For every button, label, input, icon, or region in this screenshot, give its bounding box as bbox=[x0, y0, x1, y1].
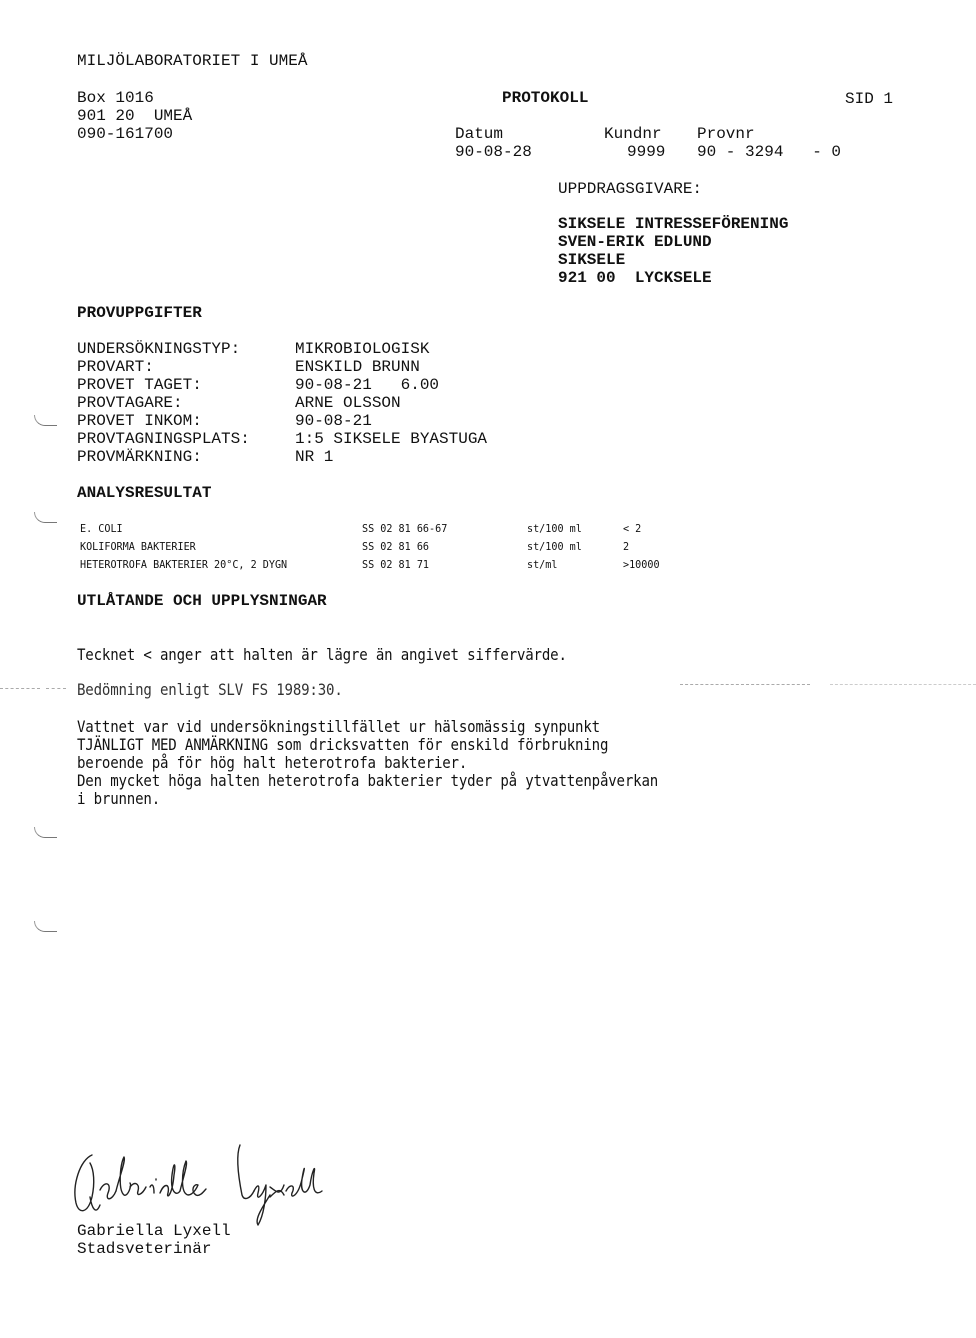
client-line-4: 921 00 LYCKSELE bbox=[558, 269, 712, 287]
table-row: E. COLI SS 02 81 66-67 st/100 ml < 2 bbox=[80, 520, 700, 538]
field-value-provet-inkom: 90-08-21 bbox=[295, 412, 372, 430]
punch-mark bbox=[34, 512, 57, 523]
results-heading: ANALYSRESULTAT bbox=[77, 484, 211, 502]
scan-artifact-line bbox=[830, 684, 976, 685]
datum-label: Datum bbox=[455, 125, 503, 143]
punch-mark bbox=[34, 415, 57, 426]
table-row: KOLIFORMA BAKTERIER SS 02 81 66 st/100 m… bbox=[80, 538, 700, 556]
result-unit: st/ml bbox=[527, 556, 557, 574]
lab-name: MILJÖLABORATORIET I UMEÅ bbox=[77, 52, 307, 70]
client-label: UPPDRAGSGIVARE: bbox=[558, 180, 702, 198]
scan-artifact-line bbox=[0, 688, 40, 689]
signatory-title: Stadsveterinär bbox=[77, 1240, 211, 1258]
field-value-provart: ENSKILD BRUNN bbox=[295, 358, 420, 376]
address-line-3: 090-161700 bbox=[77, 125, 173, 143]
field-label-provet-inkom: PROVET INKOM: bbox=[77, 412, 202, 430]
field-label-undersokningstyp: UNDERSÖKNINGSTYP: bbox=[77, 340, 240, 358]
field-label-provart: PROVART: bbox=[77, 358, 154, 376]
result-method: SS 02 81 66 bbox=[362, 538, 429, 556]
field-label-provet-taget: PROVET TAGET: bbox=[77, 376, 202, 394]
paragraph-line: Den mycket höga halten heterotrofa bakte… bbox=[77, 772, 658, 790]
result-parameter: KOLIFORMA BAKTERIER bbox=[80, 538, 196, 556]
statement-heading: UTLÅTANDE OCH UPPLYSNINGAR bbox=[77, 592, 327, 610]
assessment-basis: Bedömning enligt SLV FS 1989:30. bbox=[77, 681, 343, 699]
address-line-1: Box 1016 bbox=[77, 89, 154, 107]
page-label: SID 1 bbox=[845, 90, 893, 108]
table-row: HETEROTROFA BAKTERIER 20°C, 2 DYGN SS 02… bbox=[80, 556, 700, 574]
provnr-value: 90 - 3294 - 0 bbox=[697, 143, 841, 161]
field-value-provet-taget: 90-08-21 6.00 bbox=[295, 376, 439, 394]
field-label-provmarkning: PROVMÄRKNING: bbox=[77, 448, 202, 466]
paragraph-line: i brunnen. bbox=[77, 790, 160, 808]
statement-note: Tecknet < anger att halten är lägre än a… bbox=[77, 646, 567, 664]
result-method: SS 02 81 71 bbox=[362, 556, 429, 574]
result-unit: st/100 ml bbox=[527, 520, 582, 538]
address-line-2: 901 20 UMEÅ bbox=[77, 107, 192, 125]
field-label-provtagare: PROVTAGARE: bbox=[77, 394, 183, 412]
field-value-undersokningstyp: MIKROBIOLOGISK bbox=[295, 340, 429, 358]
client-line-2: SVEN-ERIK EDLUND bbox=[558, 233, 712, 251]
client-line-1: SIKSELE INTRESSEFÖRENING bbox=[558, 215, 788, 233]
document-title: PROTOKOLL bbox=[502, 89, 588, 107]
paragraph-line: Vattnet var vid undersökningstillfället … bbox=[77, 718, 600, 736]
handwritten-signature bbox=[70, 1135, 340, 1230]
field-value-provtagningsplats: 1:5 SIKSELE BYASTUGA bbox=[295, 430, 487, 448]
result-value: 2 bbox=[623, 538, 629, 556]
document-page: MILJÖLABORATORIET I UMEÅ Box 1016 901 20… bbox=[0, 0, 976, 1338]
result-value: < 2 bbox=[623, 520, 641, 538]
datum-value: 90-08-28 bbox=[455, 143, 532, 161]
field-value-provmarkning: NR 1 bbox=[295, 448, 333, 466]
field-value-provtagare: ARNE OLSSON bbox=[295, 394, 401, 412]
provnr-label: Provnr bbox=[697, 125, 755, 143]
result-value: >10000 bbox=[623, 556, 660, 574]
sample-heading: PROVUPPGIFTER bbox=[77, 304, 202, 322]
result-parameter: E. COLI bbox=[80, 520, 123, 538]
scan-artifact-line bbox=[680, 684, 810, 685]
punch-mark bbox=[34, 921, 57, 932]
kundnr-label: Kundnr bbox=[604, 125, 662, 143]
scan-artifact-line bbox=[46, 688, 66, 689]
kundnr-value: 9999 bbox=[627, 143, 665, 161]
result-unit: st/100 ml bbox=[527, 538, 582, 556]
result-parameter: HETEROTROFA BAKTERIER 20°C, 2 DYGN bbox=[80, 556, 287, 574]
field-label-provtagningsplats: PROVTAGNINGSPLATS: bbox=[77, 430, 250, 448]
paragraph-line: TJÄNLIGT MED ANMÄRKNING som dricksvatten… bbox=[77, 736, 608, 754]
punch-mark bbox=[34, 827, 57, 838]
signatory-name: Gabriella Lyxell bbox=[77, 1222, 231, 1240]
paragraph-line: beroende på för hög halt heterotrofa bak… bbox=[77, 754, 467, 772]
client-line-3: SIKSELE bbox=[558, 251, 625, 269]
result-method: SS 02 81 66-67 bbox=[362, 520, 447, 538]
